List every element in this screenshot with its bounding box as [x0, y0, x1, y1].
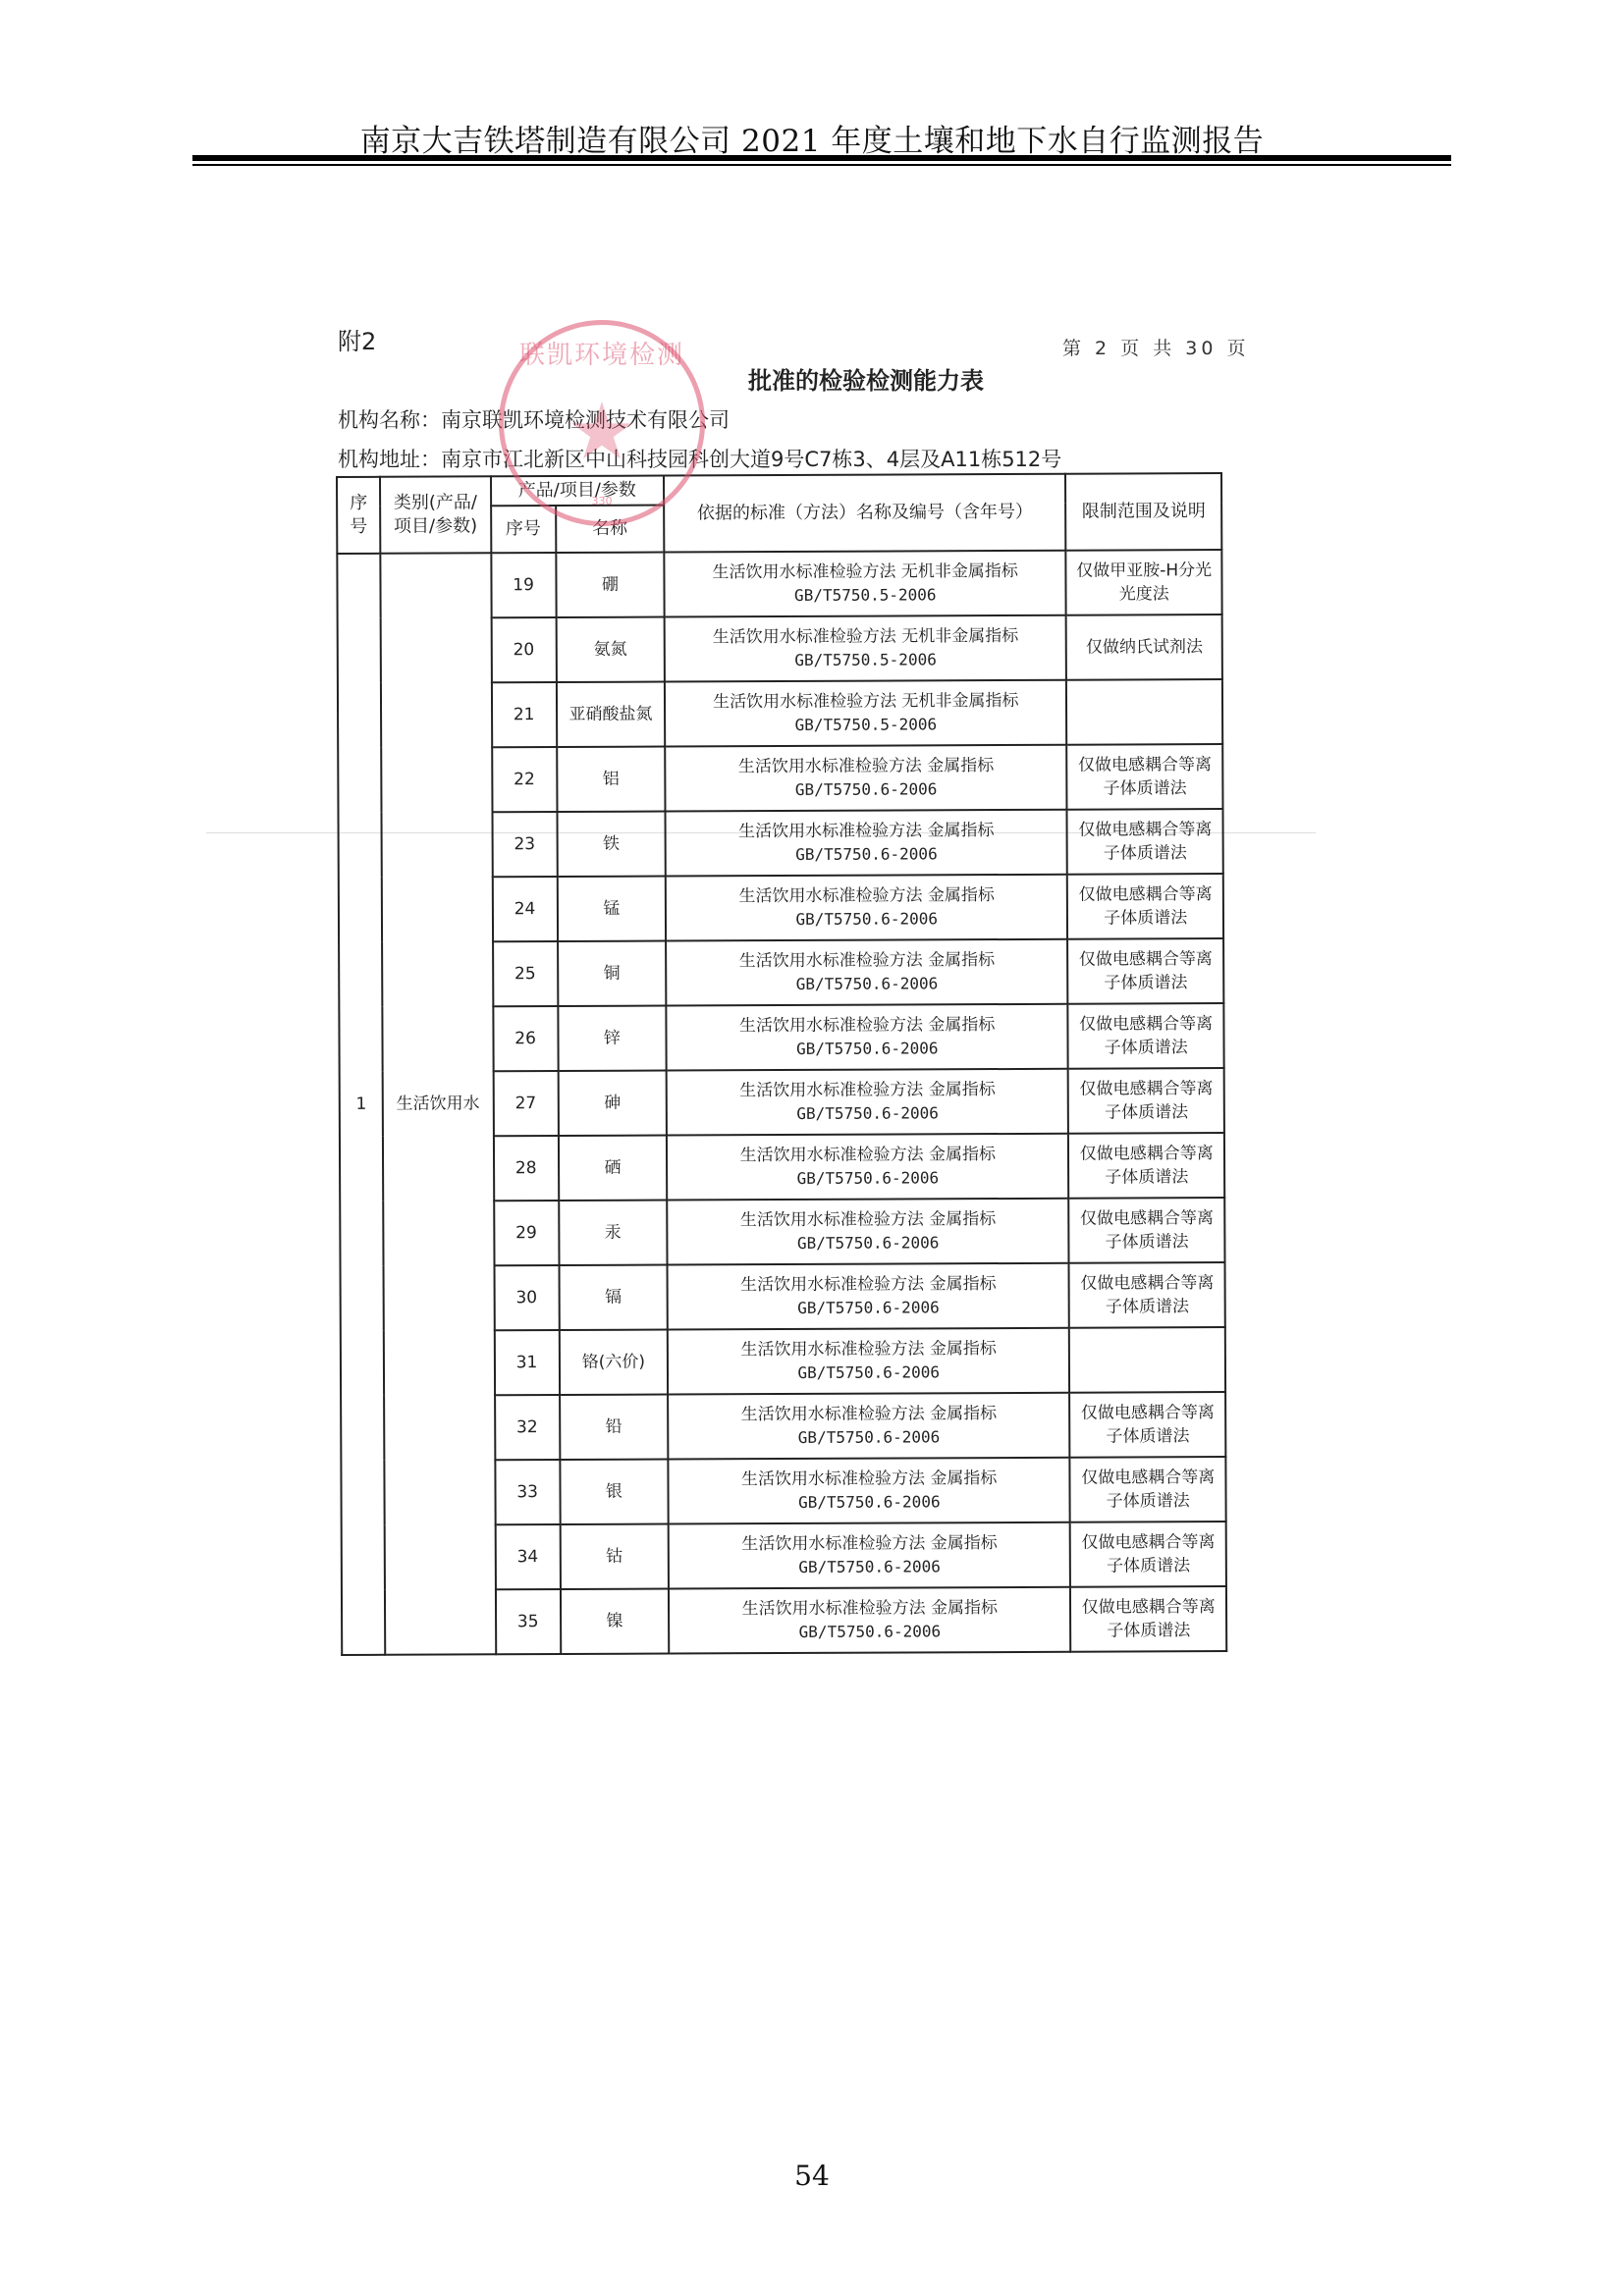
standard-code: GB/T5750.6-2006: [674, 1490, 1065, 1516]
standard-code: GB/T5750.6-2006: [673, 1425, 1064, 1451]
standard-name: 生活饮用水标准检验方法 无机非金属指标: [669, 560, 1060, 585]
item-no: 30: [494, 1265, 560, 1330]
item-limit: 仅做电感耦合等离子体质谱法: [1070, 1586, 1226, 1652]
standard-name: 生活饮用水标准检验方法 金属指标: [671, 1013, 1062, 1039]
item-name: 铝: [557, 747, 666, 812]
standard-name: 生活饮用水标准检验方法 金属指标: [673, 1337, 1064, 1362]
standard-code: GB/T5750.5-2006: [670, 648, 1061, 673]
header-no: 序号: [337, 477, 380, 554]
standard-name: 生活饮用水标准检验方法 金属指标: [673, 1272, 1064, 1298]
item-name: 亚硝酸盐氮: [557, 682, 666, 747]
scanned-attachment: 附2 第 2 页 共 30 页 批准的检验检测能力表 机构名称：南京联凯环境检测…: [0, 0, 1624, 2296]
org-address-line: 机构地址：南京市江北新区中山科技园科创大道9号C7栋3、4层及A11栋512号: [338, 444, 1061, 473]
standard-name: 生活饮用水标准检验方法 金属指标: [672, 1078, 1063, 1103]
standard-name: 生活饮用水标准检验方法 无机非金属指标: [670, 689, 1061, 715]
item-name: 镉: [559, 1265, 668, 1330]
standard-code: GB/T5750.6-2006: [672, 1166, 1063, 1192]
item-name: 铜: [558, 941, 667, 1006]
standard-name: 生活饮用水标准检验方法 金属指标: [673, 1402, 1064, 1427]
category-no: 1: [337, 554, 385, 1655]
item-no: 35: [495, 1589, 561, 1654]
page-number: 54: [0, 2160, 1624, 2192]
standard-code: GB/T5750.6-2006: [674, 1620, 1065, 1645]
item-name: 铬(六价): [560, 1330, 669, 1395]
item-limit: [1069, 1327, 1225, 1393]
standard-code: GB/T5750.6-2006: [674, 1555, 1065, 1580]
item-name: 锌: [558, 1006, 667, 1071]
item-name: 银: [560, 1460, 669, 1524]
standard-code: GB/T5750.6-2006: [670, 777, 1061, 803]
item-limit: [1066, 679, 1222, 745]
header-name: 名称: [556, 506, 665, 553]
item-no: 24: [492, 877, 558, 941]
standard-name: 生活饮用水标准检验方法 金属指标: [674, 1531, 1065, 1557]
item-standard: 生活饮用水标准检验方法 金属指标GB/T5750.6-2006: [669, 1587, 1071, 1654]
item-standard: 生活饮用水标准检验方法 金属指标GB/T5750.6-2006: [668, 1393, 1070, 1460]
item-no: 26: [493, 1006, 559, 1071]
header-limit: 限制范围及说明: [1065, 473, 1221, 551]
item-no: 22: [492, 747, 558, 812]
standard-name: 生活饮用水标准检验方法 金属指标: [672, 1207, 1063, 1233]
item-no: 29: [494, 1201, 560, 1265]
item-limit: 仅做电感耦合等离子体质谱法: [1070, 1522, 1226, 1587]
item-standard: 生活饮用水标准检验方法 金属指标GB/T5750.6-2006: [667, 1134, 1069, 1201]
org-address: 南京市江北新区中山科技园科创大道9号C7栋3、4层及A11栋512号: [441, 448, 1061, 471]
item-standard: 生活饮用水标准检验方法 金属指标GB/T5750.6-2006: [668, 1263, 1070, 1330]
item-limit: 仅做纳氏试剂法: [1066, 614, 1222, 680]
item-limit: 仅做电感耦合等离子体质谱法: [1067, 874, 1223, 939]
item-standard: 生活饮用水标准检验方法 金属指标GB/T5750.6-2006: [668, 1328, 1070, 1395]
item-standard: 生活饮用水标准检验方法 金属指标GB/T5750.6-2006: [666, 810, 1068, 877]
org-address-label: 机构地址：: [338, 448, 441, 471]
page-info: 第 2 页 共 30 页: [1062, 334, 1249, 360]
item-name: 锰: [558, 877, 667, 941]
standard-code: GB/T5750.6-2006: [673, 1296, 1064, 1321]
item-standard: 生活饮用水标准检验方法 无机非金属指标GB/T5750.5-2006: [665, 680, 1067, 747]
standard-code: GB/T5750.6-2006: [672, 1037, 1063, 1062]
standard-code: GB/T5750.5-2006: [670, 713, 1061, 738]
standard-name: 生活饮用水标准检验方法 金属指标: [671, 883, 1062, 909]
standard-name: 生活饮用水标准检验方法 金属指标: [671, 948, 1062, 974]
item-no: 21: [491, 682, 557, 747]
item-no: 19: [491, 553, 557, 617]
item-limit: 仅做电感耦合等离子体质谱法: [1070, 1457, 1226, 1522]
org-name: 南京联凯环境检测技术有限公司: [441, 408, 730, 432]
standard-name: 生活饮用水标准检验方法 金属指标: [670, 754, 1061, 779]
item-name: 汞: [559, 1201, 668, 1265]
category-name: 生活饮用水: [380, 553, 495, 1654]
item-standard: 生活饮用水标准检验方法 金属指标GB/T5750.6-2006: [667, 1199, 1069, 1265]
item-limit: 仅做电感耦合等离子体质谱法: [1068, 938, 1224, 1004]
item-no: 33: [495, 1460, 561, 1524]
item-standard: 生活饮用水标准检验方法 无机非金属指标GB/T5750.5-2006: [665, 615, 1067, 682]
item-standard: 生活饮用水标准检验方法 金属指标GB/T5750.6-2006: [669, 1522, 1071, 1589]
standard-code: GB/T5750.6-2006: [673, 1361, 1064, 1386]
standard-name: 生活饮用水标准检验方法 金属指标: [673, 1467, 1064, 1492]
item-name: 钴: [560, 1524, 669, 1589]
item-standard: 生活饮用水标准检验方法 金属指标GB/T5750.6-2006: [665, 745, 1067, 812]
item-name: 硼: [556, 553, 665, 617]
attachment-label: 附2: [338, 322, 376, 356]
item-standard: 生活饮用水标准检验方法 金属指标GB/T5750.6-2006: [666, 875, 1068, 941]
standard-name: 生活饮用水标准检验方法 金属指标: [674, 1596, 1065, 1622]
item-standard: 生活饮用水标准检验方法 无机非金属指标GB/T5750.5-2006: [664, 551, 1066, 617]
item-limit: 仅做电感耦合等离子体质谱法: [1069, 1198, 1225, 1263]
item-limit: 仅做电感耦合等离子体质谱法: [1069, 1262, 1225, 1328]
item-no: 32: [495, 1395, 561, 1460]
item-name: 铁: [557, 812, 666, 877]
standard-name: 生活饮用水标准检验方法 金属指标: [671, 819, 1062, 844]
item-limit: 仅做电感耦合等离子体质谱法: [1070, 1392, 1226, 1458]
attachment-title: 批准的检验检测能力表: [0, 361, 1624, 396]
item-limit: 仅做电感耦合等离子体质谱法: [1067, 744, 1223, 810]
item-no: 31: [494, 1330, 560, 1395]
item-name: 硒: [559, 1136, 668, 1201]
item-standard: 生活饮用水标准检验方法 金属指标GB/T5750.6-2006: [668, 1458, 1070, 1524]
capability-table: 序号 类别(产品/项目/参数) 产品/项目/参数 依据的标准（方法）名称及编号（…: [336, 472, 1227, 1656]
item-standard: 生活饮用水标准检验方法 金属指标GB/T5750.6-2006: [666, 1004, 1068, 1071]
standard-code: GB/T5750.6-2006: [672, 1101, 1063, 1127]
standard-code: GB/T5750.6-2006: [671, 972, 1062, 997]
header-category: 类别(产品/项目/参数): [380, 476, 491, 553]
item-no: 28: [493, 1136, 559, 1201]
item-limit: 仅做甲亚胺-H分光光度法: [1066, 550, 1222, 615]
item-no: 27: [493, 1071, 559, 1136]
item-no: 23: [492, 812, 558, 877]
header-sub-no: 序号: [491, 506, 556, 553]
standard-code: GB/T5750.6-2006: [671, 907, 1062, 933]
header-standard: 依据的标准（方法）名称及编号（含年号）: [664, 474, 1066, 553]
standard-code: GB/T5750.6-2006: [672, 1231, 1063, 1256]
org-name-line: 机构名称：南京联凯环境检测技术有限公司: [338, 404, 730, 434]
item-standard: 生活饮用水标准检验方法 金属指标GB/T5750.6-2006: [666, 939, 1068, 1006]
item-name: 镍: [561, 1589, 670, 1654]
item-name: 氨氮: [556, 617, 665, 682]
item-no: 34: [495, 1524, 561, 1589]
item-no: 25: [493, 941, 559, 1006]
item-name: 砷: [558, 1071, 667, 1136]
header-group: 产品/项目/参数: [491, 476, 665, 507]
item-limit: 仅做电感耦合等离子体质谱法: [1068, 1003, 1224, 1069]
org-name-label: 机构名称：: [338, 408, 441, 432]
item-name: 铅: [560, 1395, 669, 1460]
standard-code: GB/T5750.5-2006: [670, 583, 1061, 609]
standard-name: 生活饮用水标准检验方法 无机非金属指标: [670, 624, 1061, 650]
item-no: 20: [491, 617, 557, 682]
table-body: 1生活饮用水19硼生活饮用水标准检验方法 无机非金属指标GB/T5750.5-2…: [337, 550, 1226, 1655]
item-standard: 生活饮用水标准检验方法 金属指标GB/T5750.6-2006: [667, 1069, 1069, 1136]
standard-name: 生活饮用水标准检验方法 金属指标: [672, 1143, 1063, 1168]
table-row: 1生活饮用水19硼生活饮用水标准检验方法 无机非金属指标GB/T5750.5-2…: [337, 550, 1221, 618]
standard-code: GB/T5750.6-2006: [671, 842, 1062, 868]
item-limit: 仅做电感耦合等离子体质谱法: [1068, 1068, 1224, 1134]
item-limit: 仅做电感耦合等离子体质谱法: [1067, 809, 1223, 875]
item-limit: 仅做电感耦合等离子体质谱法: [1068, 1133, 1224, 1199]
